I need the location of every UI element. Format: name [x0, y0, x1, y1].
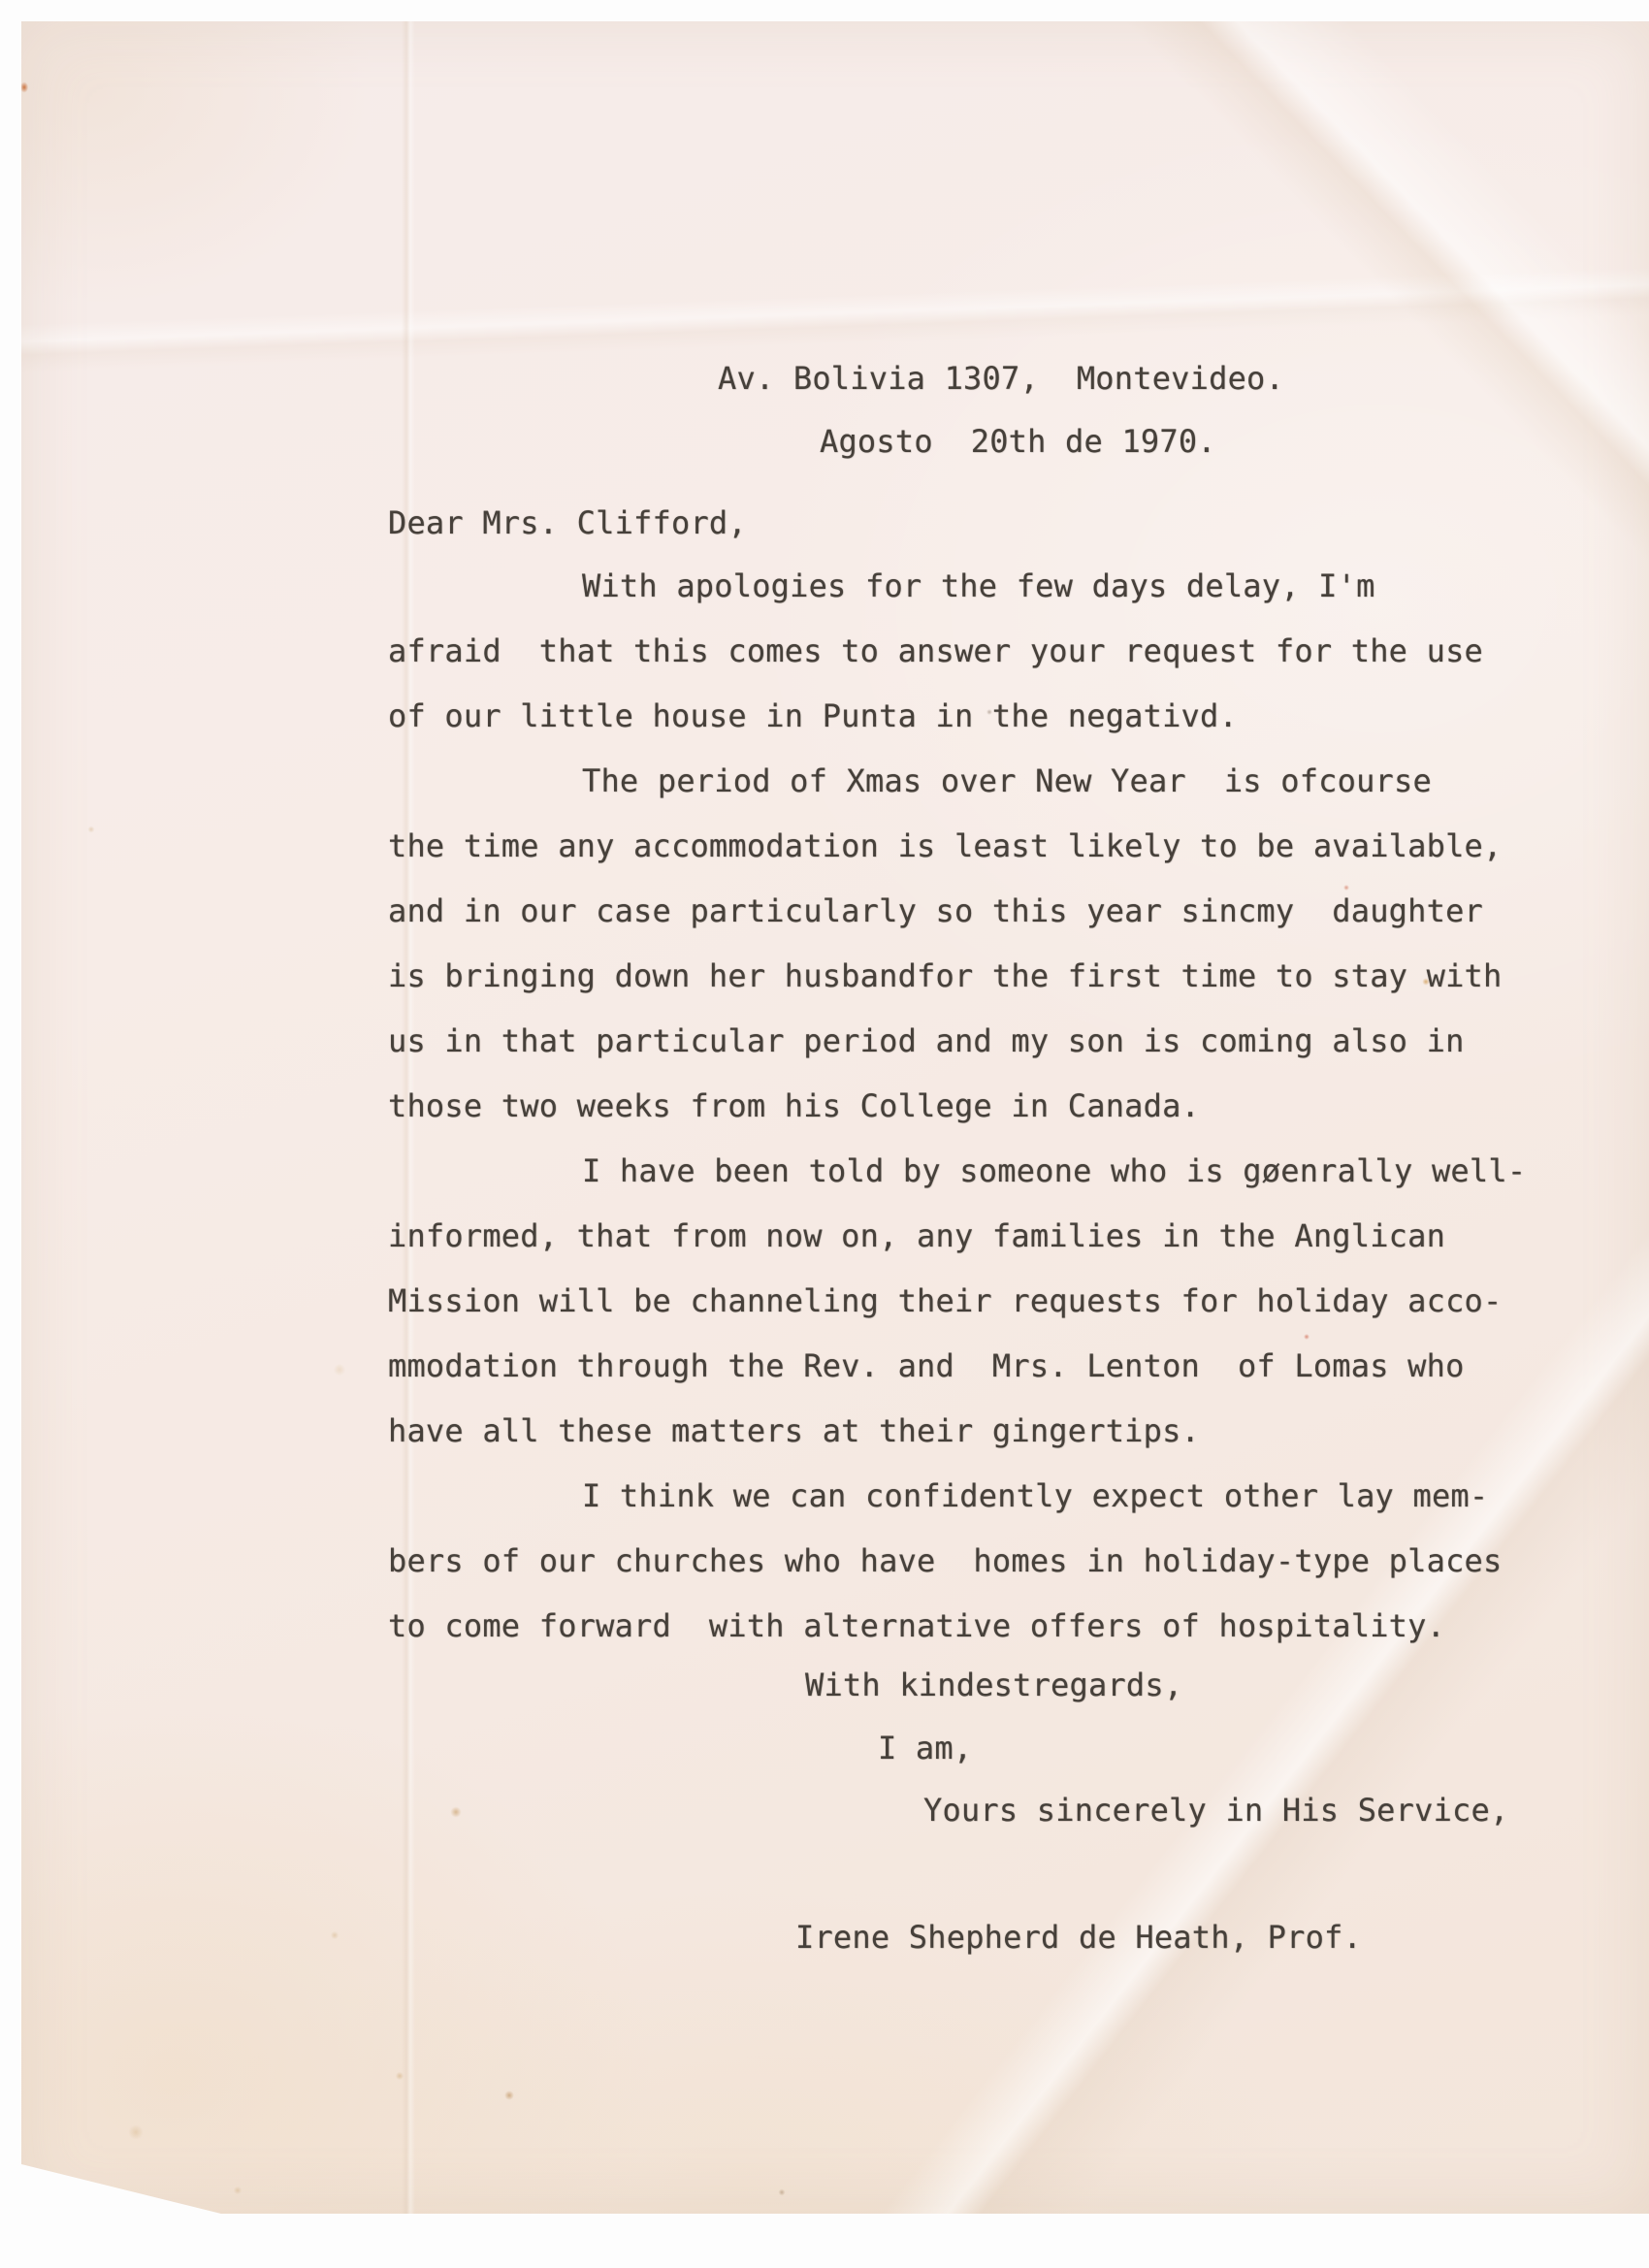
letter-line: Yours sincerely in His Service,	[923, 1791, 1508, 1830]
letter-line: Mission will be channeling their request…	[388, 1281, 1502, 1320]
letter-line: have all these matters at their gingerti…	[388, 1411, 1200, 1450]
letter-line: With apologies for the few days delay, I…	[582, 567, 1375, 605]
letter-line: mmodation through the Rev. and Mrs. Lent…	[388, 1346, 1465, 1385]
letter-line: Av. Bolivia 1307, Montevideo.	[718, 359, 1284, 398]
letter-line: bers of our churches who have homes in h…	[388, 1541, 1502, 1580]
letter-line: Agosto 20th de 1970.	[820, 422, 1216, 461]
letter-line: Dear Mrs. Clifford,	[388, 503, 747, 542]
letter-line: I think we can confidently expect other …	[582, 1476, 1488, 1515]
letter-line: and in our case particularly so this yea…	[388, 891, 1483, 930]
letter-line: of our little house in Punta in the nega…	[388, 697, 1238, 735]
letter-line: to come forward with alternative offers …	[388, 1606, 1445, 1645]
letter-line: is bringing down her husbandfor the firs…	[388, 956, 1502, 995]
letter-line: I have been told by someone who is gøenr…	[582, 1151, 1526, 1190]
letter-line: those two weeks from his College in Cana…	[388, 1086, 1200, 1125]
letter-line: afraid that this comes to answer your re…	[388, 632, 1483, 670]
letter-page: Av. Bolivia 1307, Montevideo.Agosto 20th…	[21, 21, 1649, 2214]
letter-line: informed, that from now on, any families…	[388, 1216, 1445, 1255]
page-corner-wedge	[21, 2164, 225, 2215]
letter-line: The period of Xmas over New Year is ofco…	[582, 761, 1432, 800]
letter-line: With kindestregards,	[805, 1666, 1182, 1704]
letter-line: us in that particular period and my son …	[388, 1021, 1465, 1060]
letter-line: I am,	[878, 1729, 972, 1767]
letter-line: the time any accommodation is least like…	[388, 826, 1502, 865]
scanner-background: Av. Bolivia 1307, Montevideo.Agosto 20th…	[0, 0, 1649, 2268]
letter-line: Irene Shepherd de Heath, Prof.	[795, 1918, 1362, 1957]
